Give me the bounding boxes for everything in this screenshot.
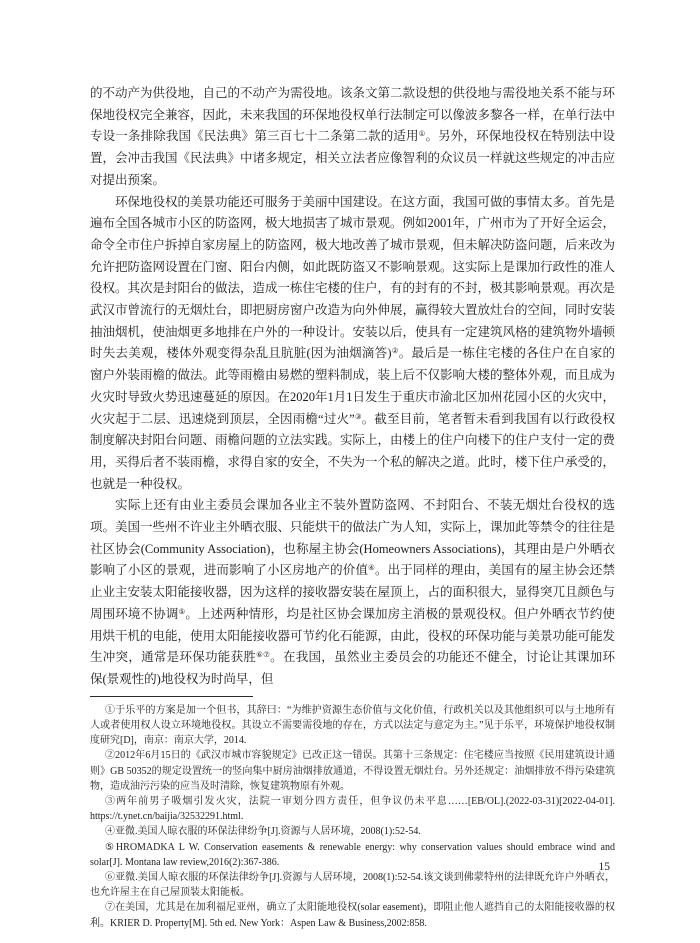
footnote-marker: ③ — [105, 796, 116, 807]
footnote-ref: ① — [419, 129, 426, 138]
body-paragraph: 的不动产为供役地，自己的不动产为需役地。该条文第二款设想的供役地与需役地关系不能… — [90, 83, 615, 192]
page-text-block: 的不动产为供役地，自己的不动产为需役地。该条文第二款设想的供役地与需役地关系不能… — [90, 83, 615, 931]
footnote: ②2012年6月15日的《武汉市城市容貌规定》已改正这一错误。其第十三条规定：住… — [90, 748, 615, 794]
footnote: ⑤HROMADKA L W. Conservation easements & … — [90, 840, 615, 870]
footnote-ref: ⑥⑦ — [256, 650, 270, 659]
footnote-marker: ⑤ — [105, 842, 116, 853]
footnote-marker: ② — [105, 750, 115, 761]
footnote: ①于乐平的方案是加一个但书，其辞曰：“为维护资源生态价值与文化价值，行政机关以及… — [90, 703, 615, 749]
footnote: ⑦在美国，尤其是在加利福尼亚州，确立了太阳能地役权(solar easement… — [90, 900, 615, 930]
body-paragraph: 实际上还有由业主委员会课加各业主不装外置防盗网、不封阳台、不装无烟灶台役权的选项… — [90, 495, 615, 690]
page-number: 15 — [599, 861, 611, 873]
footnote: ④亚微.美国人晾衣服的环保法律纷争[J].资源与人居环境，2008(1):52-… — [90, 824, 615, 839]
body-paragraph: 环保地役权的美景功能还可服务于美丽中国建设。在这方面，我国可做的事情太多。首先是… — [90, 192, 615, 496]
footnotes: ①于乐平的方案是加一个但书，其辞曰：“为维护资源生态价值与文化价值，行政机关以及… — [90, 703, 615, 931]
footnote-ref: ② — [392, 346, 399, 355]
footnote-marker: ① — [105, 705, 115, 716]
footnote-marker: ④ — [105, 826, 115, 837]
footnote-marker: ⑦ — [105, 902, 115, 913]
footnote-marker: ⑥ — [105, 872, 115, 883]
footnote-ref: ④ — [368, 563, 375, 572]
footnote-separator — [90, 696, 253, 697]
footnote-ref: ③ — [355, 412, 362, 421]
document-page: 的不动产为供役地，自己的不动产为需役地。该条文第二款设想的供役地与需役地关系不能… — [0, 0, 700, 943]
footnote: ⑥亚微.美国人晾衣服的环保法律纷争[J].资源与人居环境，2008(1):52-… — [90, 870, 615, 900]
footnote: ③两年前男子吸烟引发火灾，法院一审划分四方责任，但争议仍未平息……[EB/OL]… — [90, 794, 615, 824]
body-text: 的不动产为供役地，自己的不动产为需役地。该条文第二款设想的供役地与需役地关系不能… — [90, 83, 615, 691]
footnote-ref: ⑤ — [178, 607, 185, 616]
